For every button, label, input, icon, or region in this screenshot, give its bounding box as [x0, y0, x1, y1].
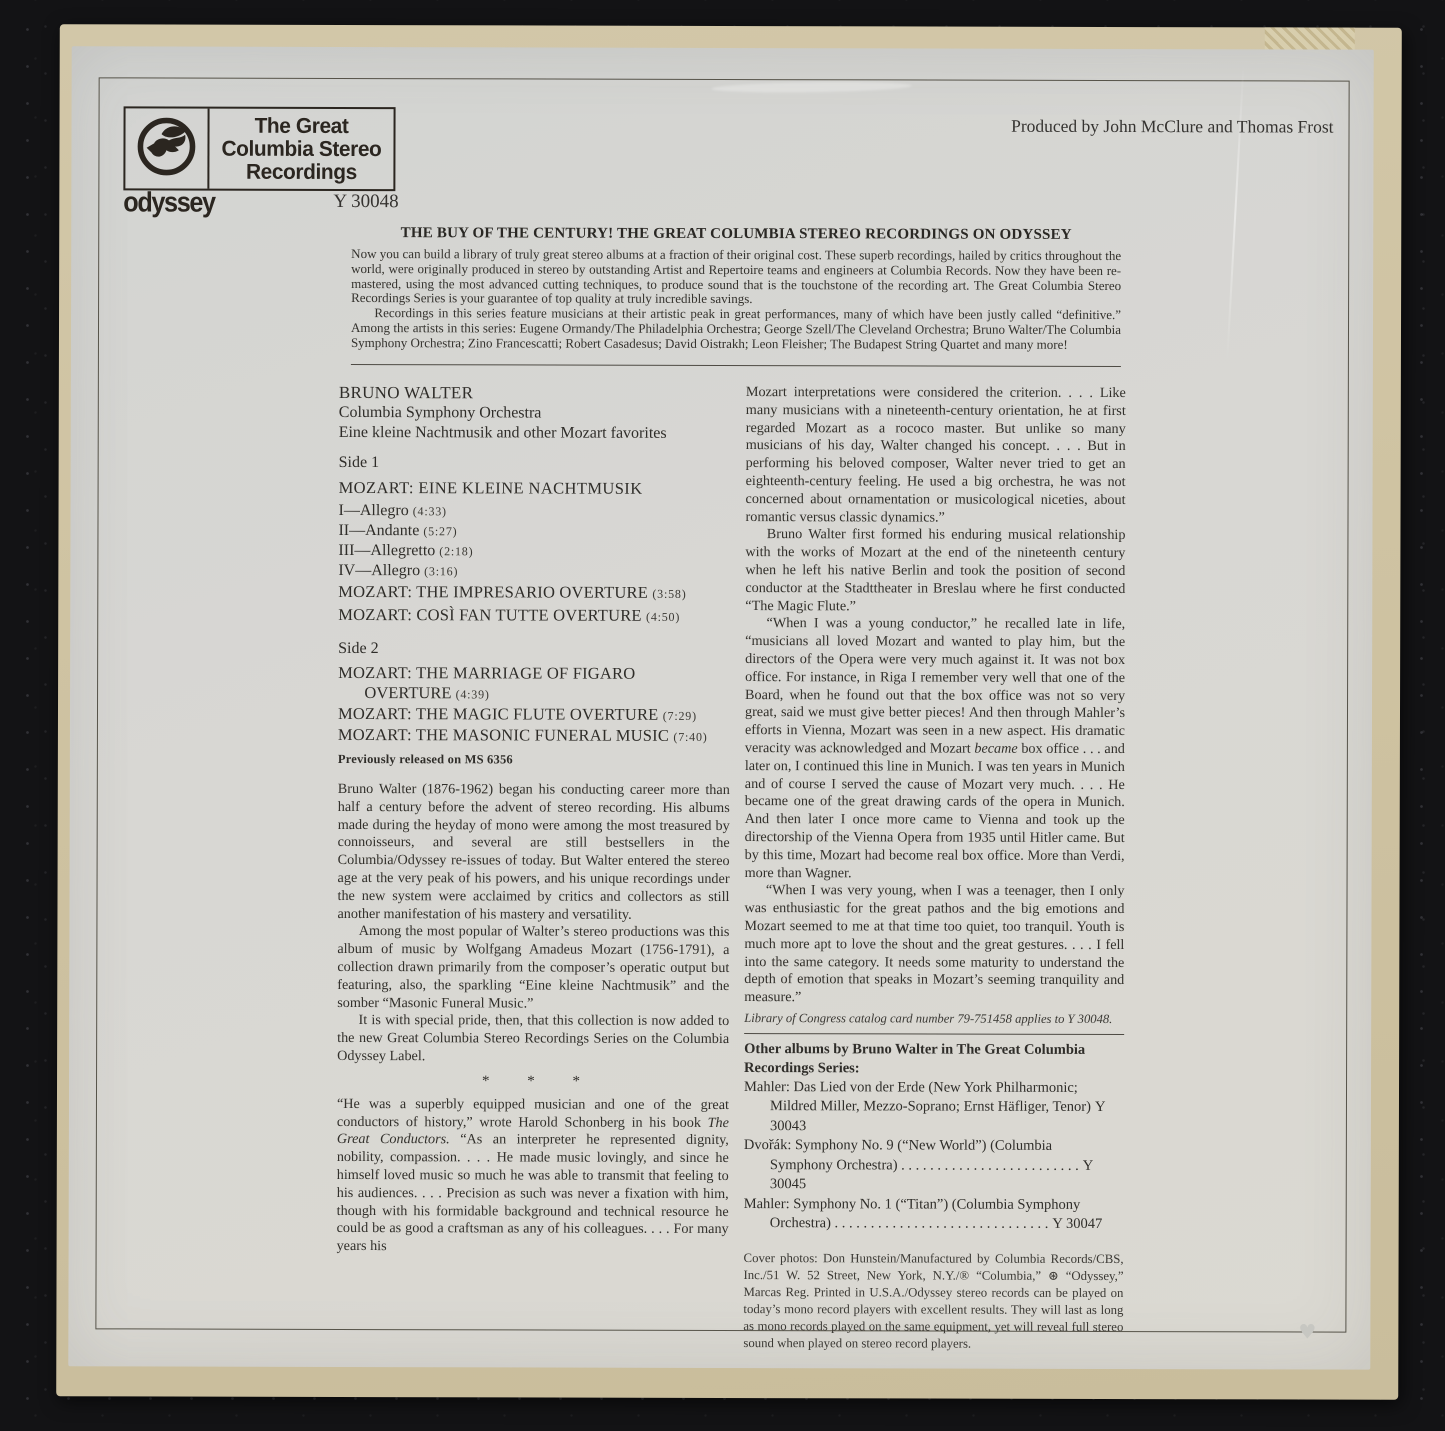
side2-track-1-line1: MOZART: THE MARRIAGE OF FIGARO — [338, 663, 730, 684]
walter-interview-paragraphs: Mozart interpretations were considered t… — [744, 384, 1126, 1008]
movement-time: (4:33) — [413, 504, 447, 518]
other-album-item: Mahler: Symphony No. 1 (“Titan”) (Columb… — [744, 1195, 1124, 1235]
movement-time: (3:16) — [424, 564, 458, 578]
movement-list: I—Allegro (4:33) II—Andante (5:27) III—A… — [338, 501, 730, 582]
album-line-2: Mildred Miller, Mezzo-Soprano; Ernst Häf… — [744, 1097, 1124, 1137]
series-header: THE BUY OF THE CENTURY! THE GREAT COLUMB… — [351, 225, 1121, 353]
album-line-1: Mahler: Das Lied von der Erde (New York … — [744, 1078, 1124, 1098]
track-time: (4:39) — [456, 687, 490, 701]
movement-name: III—Allegretto — [338, 542, 435, 559]
track-time: (4:50) — [646, 610, 680, 624]
album-line-2-text: Orchestra) . . . . . . . . . . . . . . .… — [770, 1215, 1049, 1232]
side1-work-title: MOZART: EINE KLEINE NACHTMUSIK — [339, 477, 731, 500]
movement-name: IV—Allegro — [338, 562, 420, 579]
side1-label: Side 1 — [339, 453, 731, 474]
manufacturing-credits: Cover photos: Don Hunstein/Manufactured … — [743, 1250, 1123, 1353]
catalog-number: Y 30048 — [333, 191, 398, 213]
side1-track-2: MOZART: COSÌ FAN TUTTE OVERTURE (4:50) — [338, 604, 730, 628]
previous-release-note: Previously released on MS 6356 — [338, 752, 730, 768]
series-headline: THE BUY OF THE CENTURY! THE GREAT COLUMB… — [351, 225, 1121, 244]
liner-notes-sheet: The Great Columbia Stereo Recordings ody… — [68, 46, 1373, 1369]
series-intro-paragraph-1: Now you can build a library of truly gre… — [351, 247, 1121, 308]
album-line-2: Symphony Orchestra) . . . . . . . . . . … — [744, 1156, 1124, 1196]
movement-row: I—Allegro (4:33) — [338, 501, 730, 522]
movement-time: (5:27) — [423, 524, 457, 538]
series-intro-paragraph-2: Recordings in this series feature musici… — [351, 306, 1121, 352]
movement-row: III—Allegretto (2:18) — [338, 541, 730, 562]
interview-paragraph: “When I was very young, when I was a tee… — [744, 882, 1124, 1008]
liner-notes-paragraphs: Bruno Walter (1876-1962) began his condu… — [337, 781, 730, 1067]
movement-name: I—Allegro — [339, 502, 409, 519]
liner-paragraph: Among the most popular of Walter’s stere… — [337, 923, 729, 1013]
movement-row: IV—Allegro (3:16) — [338, 561, 730, 582]
series-logo-text: The Great Columbia Stereo Recordings — [212, 109, 391, 189]
track-title: MOZART: THE MASONIC FUNERAL MUSIC — [338, 725, 669, 745]
track-title: MOZART: THE IMPRESARIO OVERTURE — [338, 582, 648, 602]
right-column: Mozart interpretations were considered t… — [743, 384, 1126, 1353]
side1-track-1: MOZART: THE IMPRESARIO OVERTURE (3:58) — [338, 581, 730, 605]
interview-paragraph: Bruno Walter first formed his enduring m… — [745, 526, 1125, 616]
interview-paragraph: Mozart interpretations were considered t… — [745, 384, 1125, 527]
album-line-1: Mahler: Symphony No. 1 (“Titan”) (Columb… — [744, 1195, 1124, 1215]
orchestra-name: Columbia Symphony Orchestra — [339, 403, 731, 424]
other-albums-list: Mahler: Das Lied von der Erde (New York … — [744, 1078, 1124, 1235]
schonberg-quote-paragraph: “He was a superbly equipped musician and… — [337, 1096, 729, 1257]
left-column: BRUNO WALTER Columbia Symphony Orchestra… — [337, 383, 731, 1257]
movement-row: II—Andante (5:27) — [338, 521, 730, 542]
library-of-congress-note: Library of Congress catalog card number … — [744, 1011, 1124, 1027]
movement-time: (2:18) — [439, 544, 473, 558]
liner-paragraph: It is with special pride, then, that thi… — [337, 1012, 729, 1066]
album-line-2-text: Symphony Orchestra) . . . . . . . . . . … — [770, 1157, 1079, 1174]
side2-block: Side 2 MOZART: THE MARRIAGE OF FIGARO OV… — [338, 639, 730, 747]
heart-mark: ♥ — [1298, 1319, 1316, 1343]
other-albums-divider-rule — [744, 1033, 1124, 1035]
track-title: MOZART: THE MAGIC FLUTE OVERTURE — [338, 704, 659, 724]
liner-paragraph: Bruno Walter (1876-1962) began his condu… — [337, 781, 729, 924]
odyssey-bird-icon — [135, 115, 197, 182]
side2-track-2: MOZART: THE MAGIC FLUTE OVERTURE (7:29) — [338, 704, 730, 726]
track-time: (3:58) — [652, 587, 686, 601]
track-time: (7:40) — [673, 730, 707, 744]
producer-credit: Produced by John McClure and Thomas Fros… — [1011, 116, 1333, 138]
movement-name: II—Andante — [338, 522, 419, 539]
interview-paragraph: “When I was a young conductor,” he recal… — [745, 615, 1126, 883]
album-line-2: Orchestra) . . . . . . . . . . . . . . .… — [744, 1214, 1124, 1234]
album-line-1: Dvořák: Symphony No. 9 (“New World”) (Co… — [744, 1136, 1124, 1156]
series-logo-line3: Recordings — [246, 160, 357, 183]
other-album-item: Mahler: Das Lied von der Erde (New York … — [744, 1078, 1124, 1137]
other-album-item: Dvořák: Symphony No. 9 (“New World”) (Co… — [744, 1136, 1124, 1195]
side2-track-1-line2: OVERTURE (4:39) — [338, 683, 730, 705]
odyssey-bird-cell — [125, 108, 209, 188]
track-title: MOZART: COSÌ FAN TUTTE OVERTURE — [338, 605, 642, 625]
album-title: Eine kleine Nachtmusik and other Mozart … — [339, 423, 731, 444]
photo-stage: The Great Columbia Stereo Recordings ody… — [0, 0, 1445, 1431]
odyssey-logo-box: The Great Columbia Stereo Recordings — [123, 106, 395, 191]
album-catalog-number: Y 30047 — [1048, 1216, 1102, 1232]
album-jacket: The Great Columbia Stereo Recordings ody… — [56, 24, 1402, 1400]
album-line-2-text: Mildred Miller, Mezzo-Soprano; Ernst Häf… — [770, 1098, 1091, 1115]
series-logo-line1: The Great — [255, 114, 349, 137]
side2-label: Side 2 — [338, 639, 730, 660]
series-logo-line2: Columbia Stereo — [221, 137, 381, 160]
other-albums-heading: Other albums by Bruno Walter in The Grea… — [744, 1040, 1124, 1079]
track-time: (7:29) — [663, 709, 697, 723]
track-title: OVERTURE — [364, 683, 451, 702]
side2-track-3: MOZART: THE MASONIC FUNERAL MUSIC (7:40) — [338, 725, 730, 747]
artist-name: BRUNO WALTER — [339, 383, 731, 404]
section-star-divider: * * * — [337, 1073, 729, 1091]
odyssey-wordmark: odyssey — [123, 186, 215, 218]
